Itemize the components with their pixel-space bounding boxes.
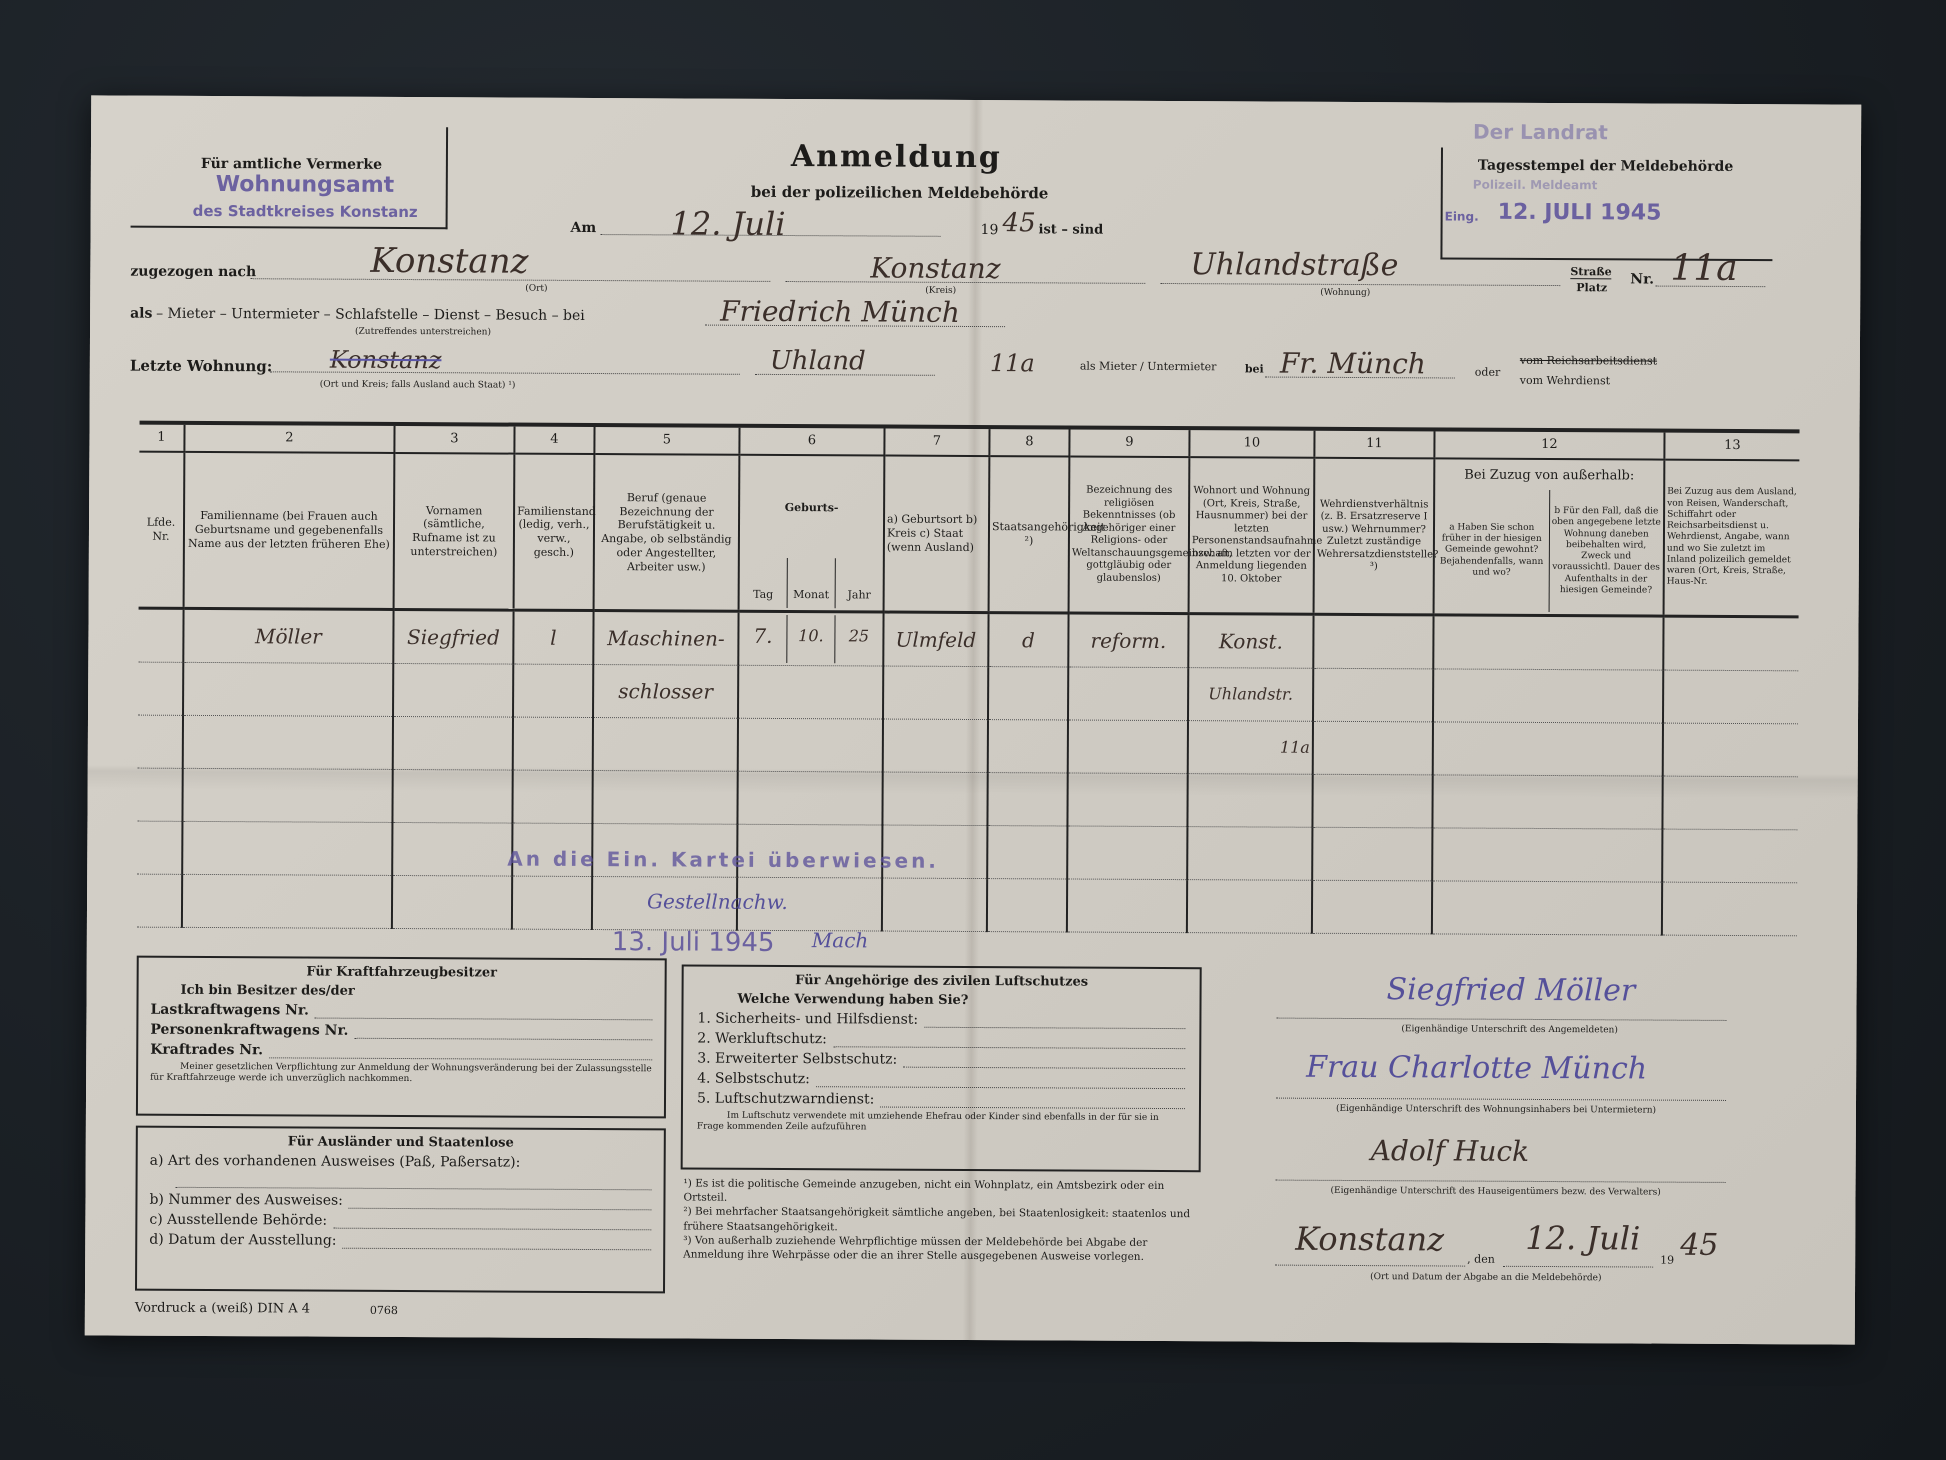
tenant-signature[interactable]: Frau Charlotte Münch bbox=[1306, 1050, 1647, 1087]
col-num: 8 bbox=[989, 429, 1069, 456]
tenancy-options: – Mieter – Untermieter – Schlafstelle – … bbox=[156, 306, 585, 324]
tenancy-caption: (Zutreffendes unterstreichen) bbox=[355, 327, 491, 338]
kreis-caption: (Kreis) bbox=[925, 286, 956, 296]
header-beruf: Beruf (genaue Bezeichnung der Berufstäti… bbox=[594, 454, 740, 611]
cell-tag[interactable]: 7. bbox=[739, 615, 786, 663]
received-date-stamp: 12. JULI 1945 bbox=[1498, 200, 1662, 226]
signing-place[interactable]: Konstanz bbox=[1295, 1220, 1444, 1259]
column-header-row: Lfde. Nr. Familienname (bei Frauen auch … bbox=[139, 452, 1800, 617]
ort-caption: (Ort) bbox=[525, 284, 547, 294]
cell-monat[interactable]: 10. bbox=[786, 615, 834, 663]
cell-beruf-cont[interactable]: schlosser bbox=[593, 665, 738, 719]
header-zuzug-a: a Haben Sie schon früher in der hiesigen… bbox=[1435, 489, 1549, 612]
motorcycle-number-field[interactable]: Kraftrades Nr. bbox=[150, 1042, 652, 1061]
am-date-value[interactable]: 12. Juli bbox=[670, 204, 785, 243]
header-religion: Bezeichnung des religiösen Bekenntnisses… bbox=[1069, 457, 1190, 614]
col-num: 3 bbox=[394, 426, 514, 454]
last-residence-number[interactable]: 11a bbox=[990, 349, 1035, 377]
cell-staat[interactable]: d bbox=[988, 613, 1068, 667]
header-staatsangehoerigkeit: Staatsangehörigkeit ²) bbox=[989, 456, 1070, 613]
wohnung-caption: (Wohnung) bbox=[1320, 288, 1370, 298]
self-protection-field[interactable]: 4. Selbstschutz: bbox=[697, 1071, 1185, 1090]
col-num: 6 bbox=[739, 428, 884, 456]
header-ausland: Bei Zuzug aus dem Ausland, von Reisen, W… bbox=[1664, 460, 1800, 617]
den-label: , den bbox=[1467, 1253, 1495, 1266]
card-index-stamp: An die Ein. Kartei überwiesen. bbox=[507, 847, 939, 873]
col-num: 11 bbox=[1314, 431, 1434, 459]
wehrdienst-label: vom Wehrdienst bbox=[1520, 374, 1610, 387]
header-lfde-nr: Lfde. Nr. bbox=[139, 452, 185, 609]
footnotes: ¹) Es ist die politische Gemeinde anzuge… bbox=[683, 1176, 1198, 1264]
header-familienstand: Familienstand (ledig, verh., verw., gesc… bbox=[514, 454, 595, 611]
moved-to-label: zugezogen nach bbox=[130, 264, 256, 281]
signature-area: Siegfried Möller (Eigenhändige Unterschr… bbox=[1275, 972, 1777, 1305]
footnote-3: ³) Von außerhalb zuziehende Wehrpflichti… bbox=[683, 1233, 1198, 1264]
col-num: 2 bbox=[184, 425, 394, 453]
last-residence-street[interactable]: Uhland bbox=[770, 346, 866, 377]
cell-wohnort-cont[interactable]: Uhlandstr. bbox=[1188, 668, 1313, 722]
cell-beruf[interactable]: Maschinen- bbox=[593, 611, 738, 666]
stamp-handwritten-note: Gestellnachw. bbox=[647, 889, 788, 914]
id-number-field[interactable]: b) Nummer des Ausweises: bbox=[149, 1192, 651, 1211]
header-geburtsort: a) Geburtsort b) Kreis c) Staat (wenn Au… bbox=[884, 456, 990, 613]
district-value[interactable]: Konstanz bbox=[870, 251, 1000, 285]
issuing-authority-field[interactable]: c) Ausstellende Behörde: bbox=[149, 1212, 651, 1231]
stamp-initials: Mach bbox=[812, 928, 869, 952]
foreigner-box: Für Ausländer und Staatenlose a) Art des… bbox=[135, 1126, 666, 1294]
header-jahr: Jahr bbox=[835, 558, 883, 608]
header-zuzug-b: b Für den Fall, daß die oben angegebene … bbox=[1548, 490, 1663, 613]
oder-label: oder bbox=[1475, 366, 1501, 379]
warning-service-field[interactable]: 5. Luftschutzwarndienst: bbox=[697, 1091, 1185, 1110]
house-number-value[interactable]: 11a bbox=[1670, 248, 1737, 289]
cell-geburtsort[interactable]: Ulmfeld bbox=[883, 612, 988, 667]
transfer-date-stamp: 13. Juli 1945 bbox=[612, 927, 775, 958]
header-wohnort: Wohnort und Wohnung (Ort, Kreis, Straße,… bbox=[1189, 457, 1315, 614]
year-prefix: 19 bbox=[981, 222, 999, 238]
truck-number-field[interactable]: Lastkraftwagens Nr. bbox=[150, 1002, 652, 1021]
cell-ausland[interactable] bbox=[1663, 616, 1798, 671]
col-num: 10 bbox=[1189, 430, 1314, 458]
last-landlord-value[interactable]: Fr. Münch bbox=[1280, 347, 1426, 381]
owner-signature-caption: (Eigenhändige Unterschrift des Hauseigen… bbox=[1331, 1186, 1661, 1198]
form-code: 0768 bbox=[370, 1304, 398, 1317]
cell-wehrdienst[interactable] bbox=[1313, 614, 1433, 669]
col-num: 13 bbox=[1664, 433, 1799, 461]
table-row: Möller Siegfried l Maschinen- 7. 10. 25 … bbox=[138, 608, 1798, 671]
col-num: 1 bbox=[139, 425, 184, 452]
signing-date[interactable]: 12. Juli bbox=[1525, 1219, 1640, 1258]
cell-zuzug[interactable] bbox=[1433, 615, 1663, 670]
street-value[interactable]: Uhlandstraße bbox=[1190, 247, 1398, 283]
header-monat: Monat bbox=[787, 558, 835, 608]
table-row bbox=[137, 821, 1797, 883]
header-wehrdienst: Wehrdienstverhältnis (z. B. Ersatzreserv… bbox=[1314, 458, 1435, 615]
air-raid-note: Im Luftschutz verwendete mit umziehende … bbox=[697, 1111, 1185, 1135]
registration-form-document: Für amtliche Vermerke Wohnungsamt des St… bbox=[85, 95, 1861, 1344]
registrant-signature[interactable]: Siegfried Möller bbox=[1387, 972, 1636, 1008]
cell-familienstand[interactable]: l bbox=[513, 610, 593, 664]
header-geburts: Geburts- Tag Monat Jahr bbox=[739, 455, 885, 612]
footnote-2: ²) Bei mehrfacher Staatsangehörigkeit sä… bbox=[683, 1205, 1198, 1236]
header-geburts-title: Geburts- bbox=[740, 458, 884, 559]
air-raid-box-title: Für Angehörige des zivilen Luftschutzes bbox=[698, 973, 1186, 991]
strasse-label: Straße bbox=[1570, 265, 1611, 279]
footnote-1: ¹) Es ist die politische Gemeinde anzuge… bbox=[683, 1176, 1198, 1207]
air-raid-protection-box: Für Angehörige des zivilen Luftschutzes … bbox=[681, 964, 1202, 1172]
place-date-caption: (Ort und Datum der Abgabe an die Meldebe… bbox=[1370, 1272, 1601, 1283]
cell-geburtsdatum: 7. 10. 25 bbox=[738, 611, 883, 666]
table-row bbox=[137, 874, 1797, 936]
meldeamt-stamp: Polizeil. Meldeamt bbox=[1473, 178, 1598, 193]
cell-wohnort-number[interactable]: 11a bbox=[1188, 721, 1313, 775]
last-bei-label: bei bbox=[1245, 362, 1264, 375]
page-subtitle: bei der polizeilichen Meldebehörde bbox=[751, 183, 1049, 203]
extended-self-protection-field[interactable]: 3. Erweiterter Selbstschutz: bbox=[697, 1051, 1185, 1070]
header-vornamen: Vornamen (sämtliche, Rufname ist zu unte… bbox=[394, 453, 515, 610]
air-raid-question: Welche Verwendung haben Sie? bbox=[737, 992, 1185, 1009]
als-label: als bbox=[130, 306, 152, 322]
table-row: schlosser Uhlandstr. bbox=[138, 662, 1798, 724]
page-title: Anmeldung bbox=[791, 139, 1002, 175]
foreigner-box-title: Für Ausländer und Staatenlose bbox=[150, 1134, 652, 1152]
landlord-value[interactable]: Friedrich Münch bbox=[720, 295, 960, 329]
last-residence-caption: (Ort und Kreis; falls Ausland auch Staat… bbox=[320, 380, 516, 391]
landrat-stamp: Der Landrat bbox=[1473, 120, 1608, 145]
table-row: 11a bbox=[138, 715, 1798, 777]
platz-label: Platz bbox=[1576, 281, 1607, 294]
housing-office-stamp: Wohnungsamt bbox=[216, 172, 395, 198]
reichsarbeitsdienst-label: vom Reichsarbeitsdienst bbox=[1520, 354, 1657, 368]
header-familienname: Familienname (bei Frauen auch Geburtsnam… bbox=[184, 452, 395, 610]
cell-familienname[interactable]: Möller bbox=[183, 608, 393, 663]
year-value[interactable]: 45 bbox=[1003, 208, 1036, 238]
tenancy-type-line: als – Mieter – Untermieter – Schlafstell… bbox=[130, 296, 1130, 341]
cell-vornamen[interactable]: Siegfried bbox=[393, 609, 513, 664]
issue-date-field[interactable]: d) Datum der Ausstellung: bbox=[149, 1232, 651, 1251]
nr-label: Nr. bbox=[1630, 271, 1654, 287]
eingang-stamp: Eing. bbox=[1445, 209, 1479, 223]
owner-signature[interactable]: Adolf Huck bbox=[1371, 1134, 1529, 1168]
vehicle-box-intro: Ich bin Besitzer des/der bbox=[181, 983, 653, 1000]
ist-sind-label: ist – sind bbox=[1039, 222, 1104, 237]
cell-jahr[interactable]: 25 bbox=[834, 615, 882, 663]
header-zuzug: Bei Zuzug von außerhalb: a Haben Sie sch… bbox=[1434, 458, 1665, 616]
official-remarks-box: Für amtliche Vermerke Wohnungsamt des St… bbox=[131, 126, 449, 230]
date-stamp-box: Der Landrat Tagesstempel der Meldebehörd… bbox=[1440, 147, 1773, 261]
signing-year-prefix: 19 bbox=[1660, 1254, 1674, 1267]
tenant-signature-caption: (Eigenhändige Unterschrift des Wohnungsi… bbox=[1336, 1104, 1656, 1116]
col-num: 5 bbox=[594, 427, 739, 455]
vehicle-box-title: Für Kraftfahrzeugbesitzer bbox=[151, 964, 653, 982]
header-tag: Tag bbox=[740, 558, 787, 608]
last-residence-line: Letzte Wohnung: Konstanz (Ort und Kreis;… bbox=[130, 341, 1810, 400]
last-mieter-label: als Mieter / Untermieter bbox=[1080, 360, 1217, 374]
col-num: 12 bbox=[1434, 431, 1664, 459]
signing-year[interactable]: 45 bbox=[1680, 1228, 1718, 1263]
header-zuzug-title: Bei Zuzug von außerhalb: bbox=[1435, 461, 1663, 490]
id-type-field[interactable] bbox=[150, 1173, 652, 1191]
last-residence-town[interactable]: Konstanz bbox=[330, 346, 442, 375]
security-service-field[interactable]: 1. Sicherheits- und Hilfsdienst: bbox=[697, 1011, 1185, 1030]
moved-to-town[interactable]: Konstanz bbox=[370, 241, 528, 282]
form-id: Vordruck a (weiß) DIN A 4 bbox=[135, 1301, 310, 1317]
date-stamp-label: Tagesstempel der Meldebehörde bbox=[1478, 158, 1733, 175]
registration-table: 1 2 3 4 5 6 7 8 9 10 11 12 13 Lfde. Nr. … bbox=[137, 421, 1800, 937]
car-number-field[interactable]: Personenkraftwagens Nr. bbox=[150, 1022, 652, 1041]
cell-wohnort[interactable]: Konst. bbox=[1188, 614, 1313, 669]
last-residence-label: Letzte Wohnung: bbox=[130, 357, 273, 376]
vehicle-box-note: Meiner gesetzlichen Verpflichtung zur An… bbox=[150, 1062, 652, 1086]
col-num: 9 bbox=[1069, 430, 1189, 458]
cell-religion[interactable]: reform. bbox=[1068, 613, 1188, 668]
date-line: Am 12. Juli 19 45 ist – sind bbox=[571, 210, 1171, 243]
moved-to-line: zugezogen nach Konstanz (Ort) Konstanz (… bbox=[130, 246, 1810, 295]
housing-office-stamp-sub: des Stadtkreises Konstanz bbox=[193, 202, 418, 221]
official-remarks-label: Für amtliche Vermerke bbox=[201, 156, 382, 173]
registrant-signature-caption: (Eigenhändige Unterschrift des Angemelde… bbox=[1401, 1024, 1618, 1035]
col-num: 4 bbox=[514, 427, 594, 454]
plant-air-raid-field[interactable]: 2. Werkluftschutz: bbox=[697, 1031, 1185, 1050]
col-num: 7 bbox=[884, 429, 989, 457]
am-label: Am bbox=[571, 220, 597, 236]
table-row bbox=[137, 768, 1797, 830]
cell-nr[interactable] bbox=[138, 608, 183, 662]
id-type-label: a) Art des vorhandenen Ausweises (Paß, P… bbox=[150, 1153, 652, 1172]
vehicle-owner-box: Für Kraftfahrzeugbesitzer Ich bin Besitz… bbox=[136, 956, 667, 1119]
